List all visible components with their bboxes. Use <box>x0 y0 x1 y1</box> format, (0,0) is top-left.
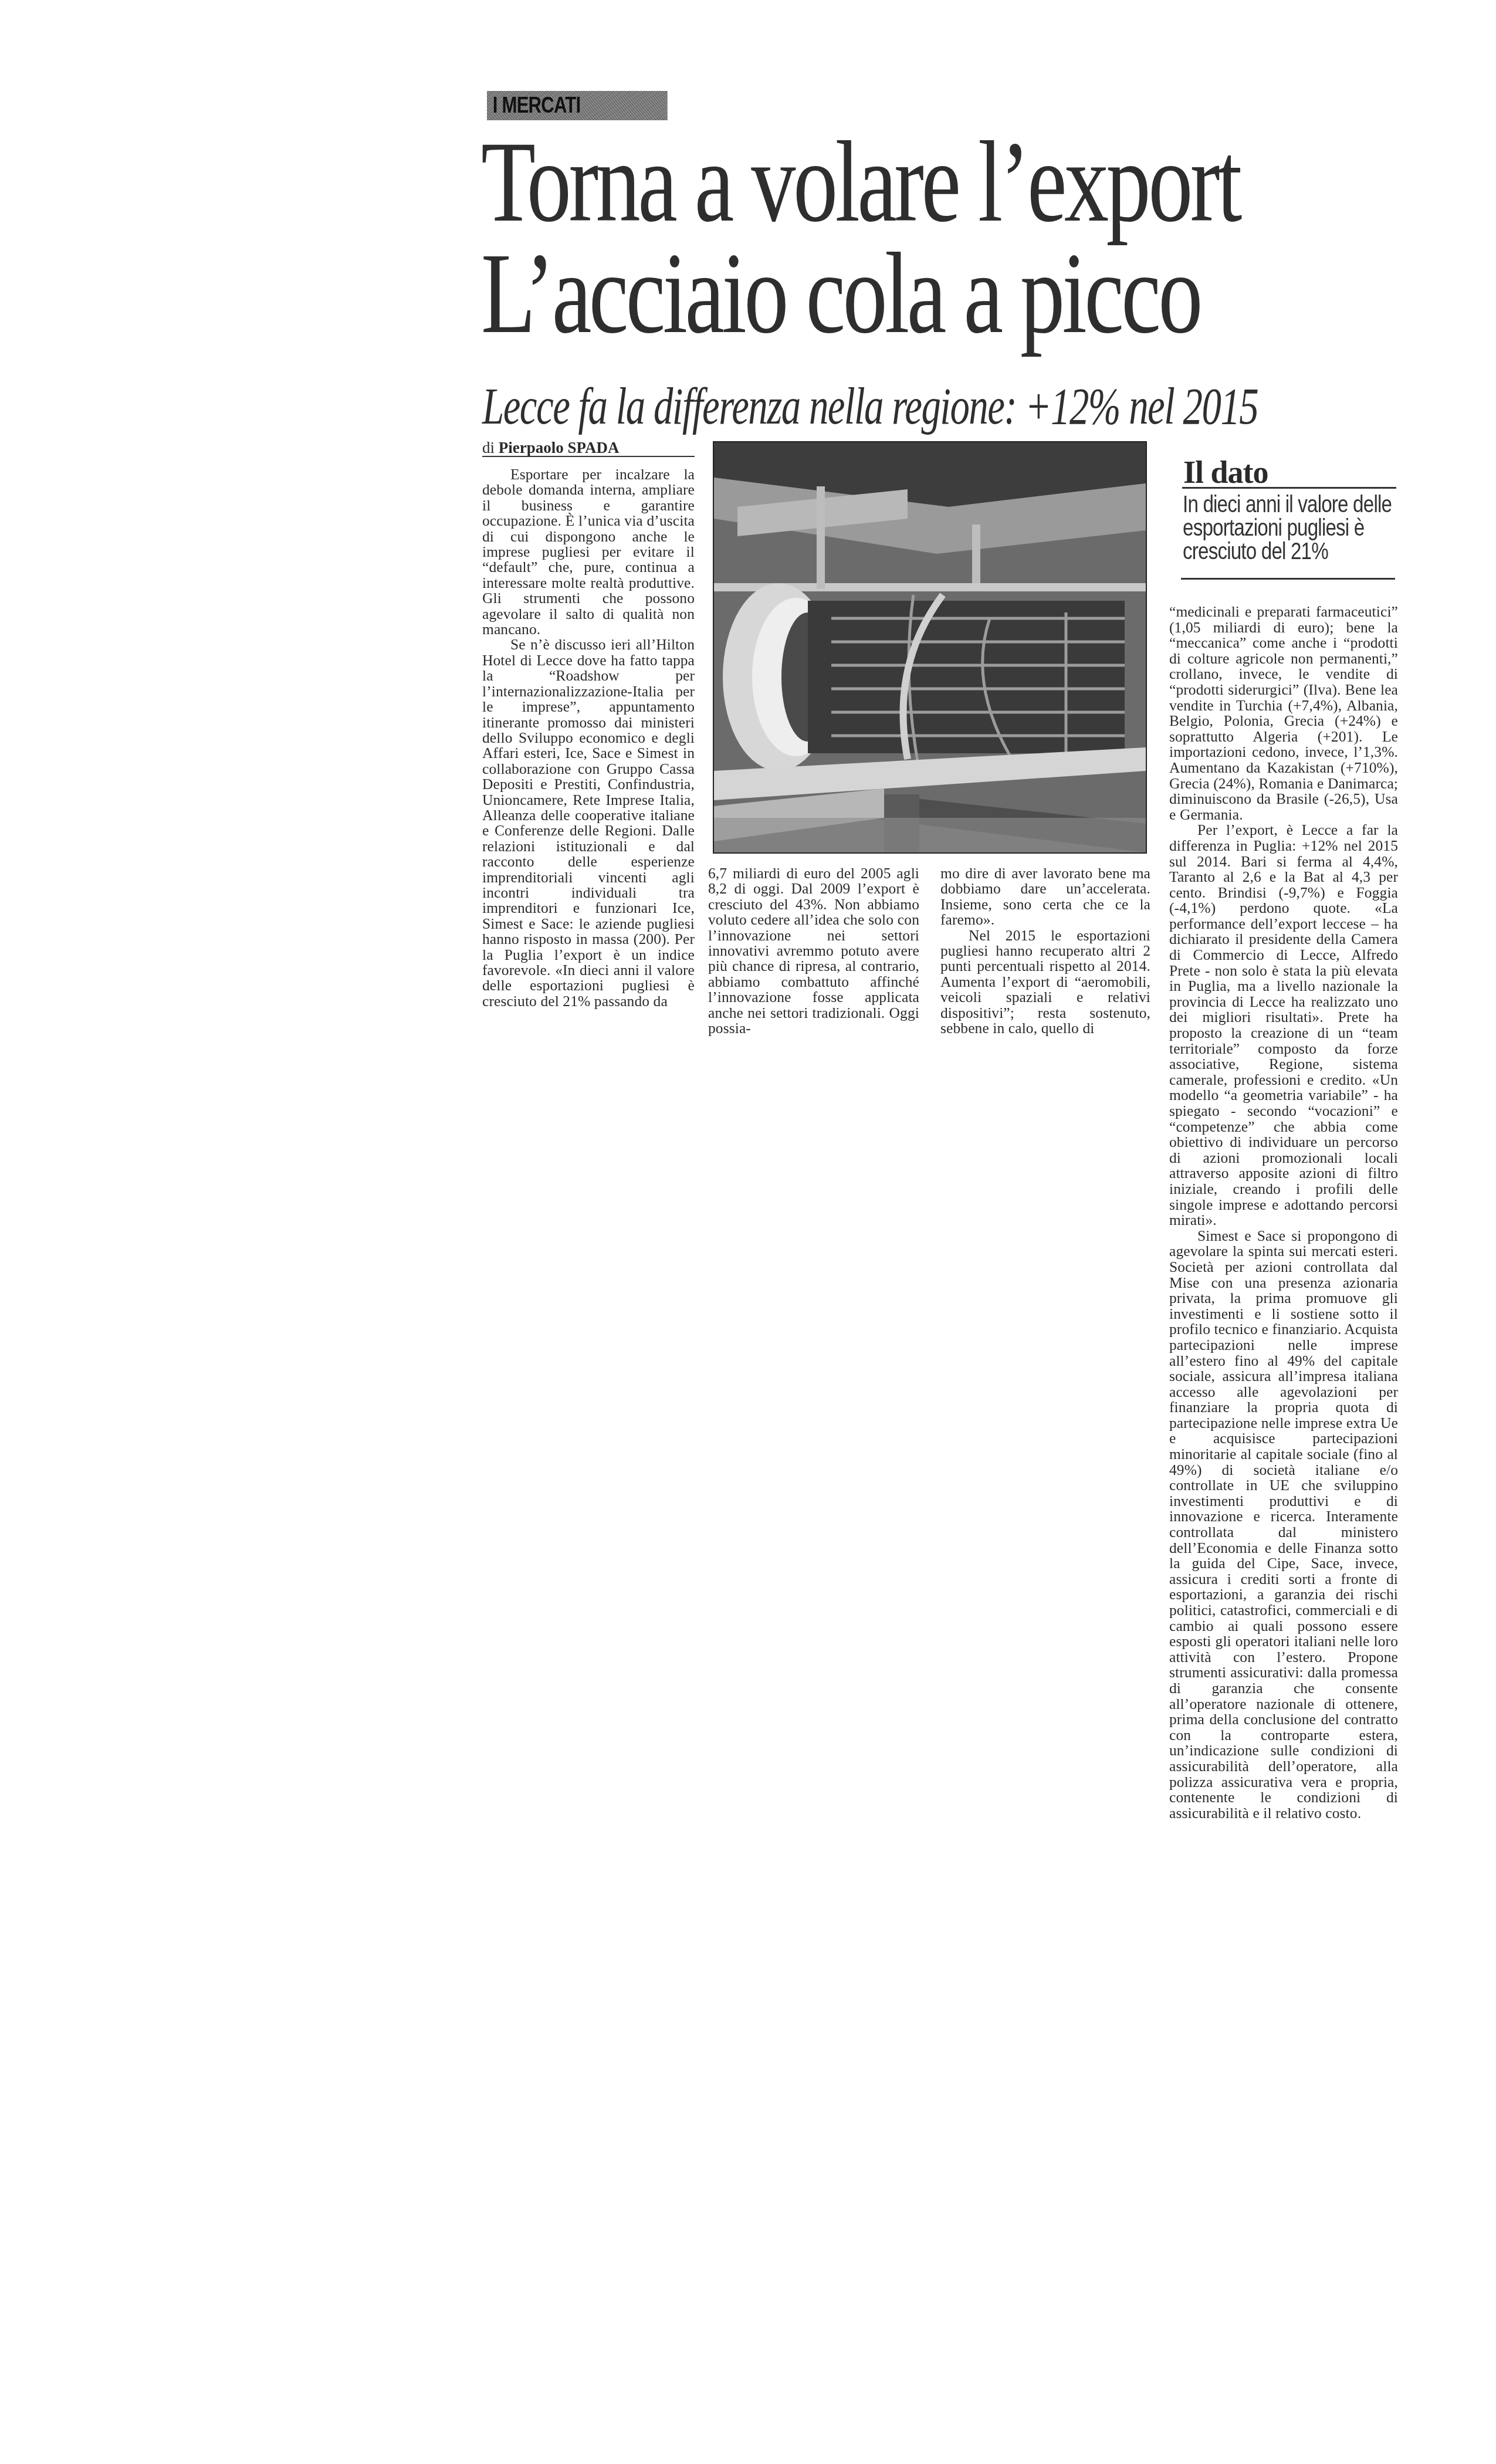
byline: di Pierpaolo SPADA <box>482 439 620 457</box>
paragraph: Nel 2015 le esportazioni pugliesi hanno … <box>940 928 1150 1037</box>
headline: Torna a volare l’export L’acciaio cola a… <box>481 126 1204 349</box>
paragraph: mo dire di aver lavorato bene ma dobbiam… <box>940 866 1150 928</box>
paragraph: Simest e Sace si propongono di agevolare… <box>1169 1228 1398 1822</box>
byline-divider <box>482 456 695 457</box>
sidebar-title: Il dato <box>1183 455 1268 490</box>
headline-line-2: L’acciaio cola a picco <box>481 238 1204 349</box>
byline-author: Pierpaolo SPADA <box>499 439 620 456</box>
sidebar-column: “medicinali e preparati farmaceutici” (1… <box>1169 604 1398 1821</box>
paragraph: “medicinali e preparati farmaceutici” (1… <box>1169 604 1398 823</box>
subheadline: Lecce fa la differenza nella regione: +1… <box>482 380 1204 434</box>
paragraph: Per l’export, è Lecce a far la differenz… <box>1169 823 1398 1228</box>
article-photo <box>713 441 1147 854</box>
turbine-engine-image-icon <box>714 442 1146 852</box>
sidebar-deck: In dieci anni il valore delle esportazio… <box>1183 493 1407 563</box>
article-column-1: Esportare per incalzare la debole domand… <box>482 467 695 1009</box>
section-kicker: I MERCATI <box>487 91 668 120</box>
byline-prefix: di <box>482 439 495 456</box>
article-column-2: 6,7 miliardi di euro del 2005 agli 8,2 d… <box>708 866 919 1036</box>
paragraph: Esportare per incalzare la debole domand… <box>482 467 695 637</box>
sidebar-bottom-divider <box>1181 578 1395 580</box>
section-kicker-label: I MERCATI <box>493 93 581 118</box>
article-column-3: mo dire di aver lavorato bene ma dobbiam… <box>940 866 1150 1036</box>
paragraph: Se n’è discusso ieri all’Hilton Hotel di… <box>482 637 695 1009</box>
sidebar-top-divider <box>1182 487 1396 489</box>
headline-line-1: Torna a volare l’export <box>481 126 1204 238</box>
paragraph: 6,7 miliardi di euro del 2005 agli 8,2 d… <box>708 866 919 1036</box>
